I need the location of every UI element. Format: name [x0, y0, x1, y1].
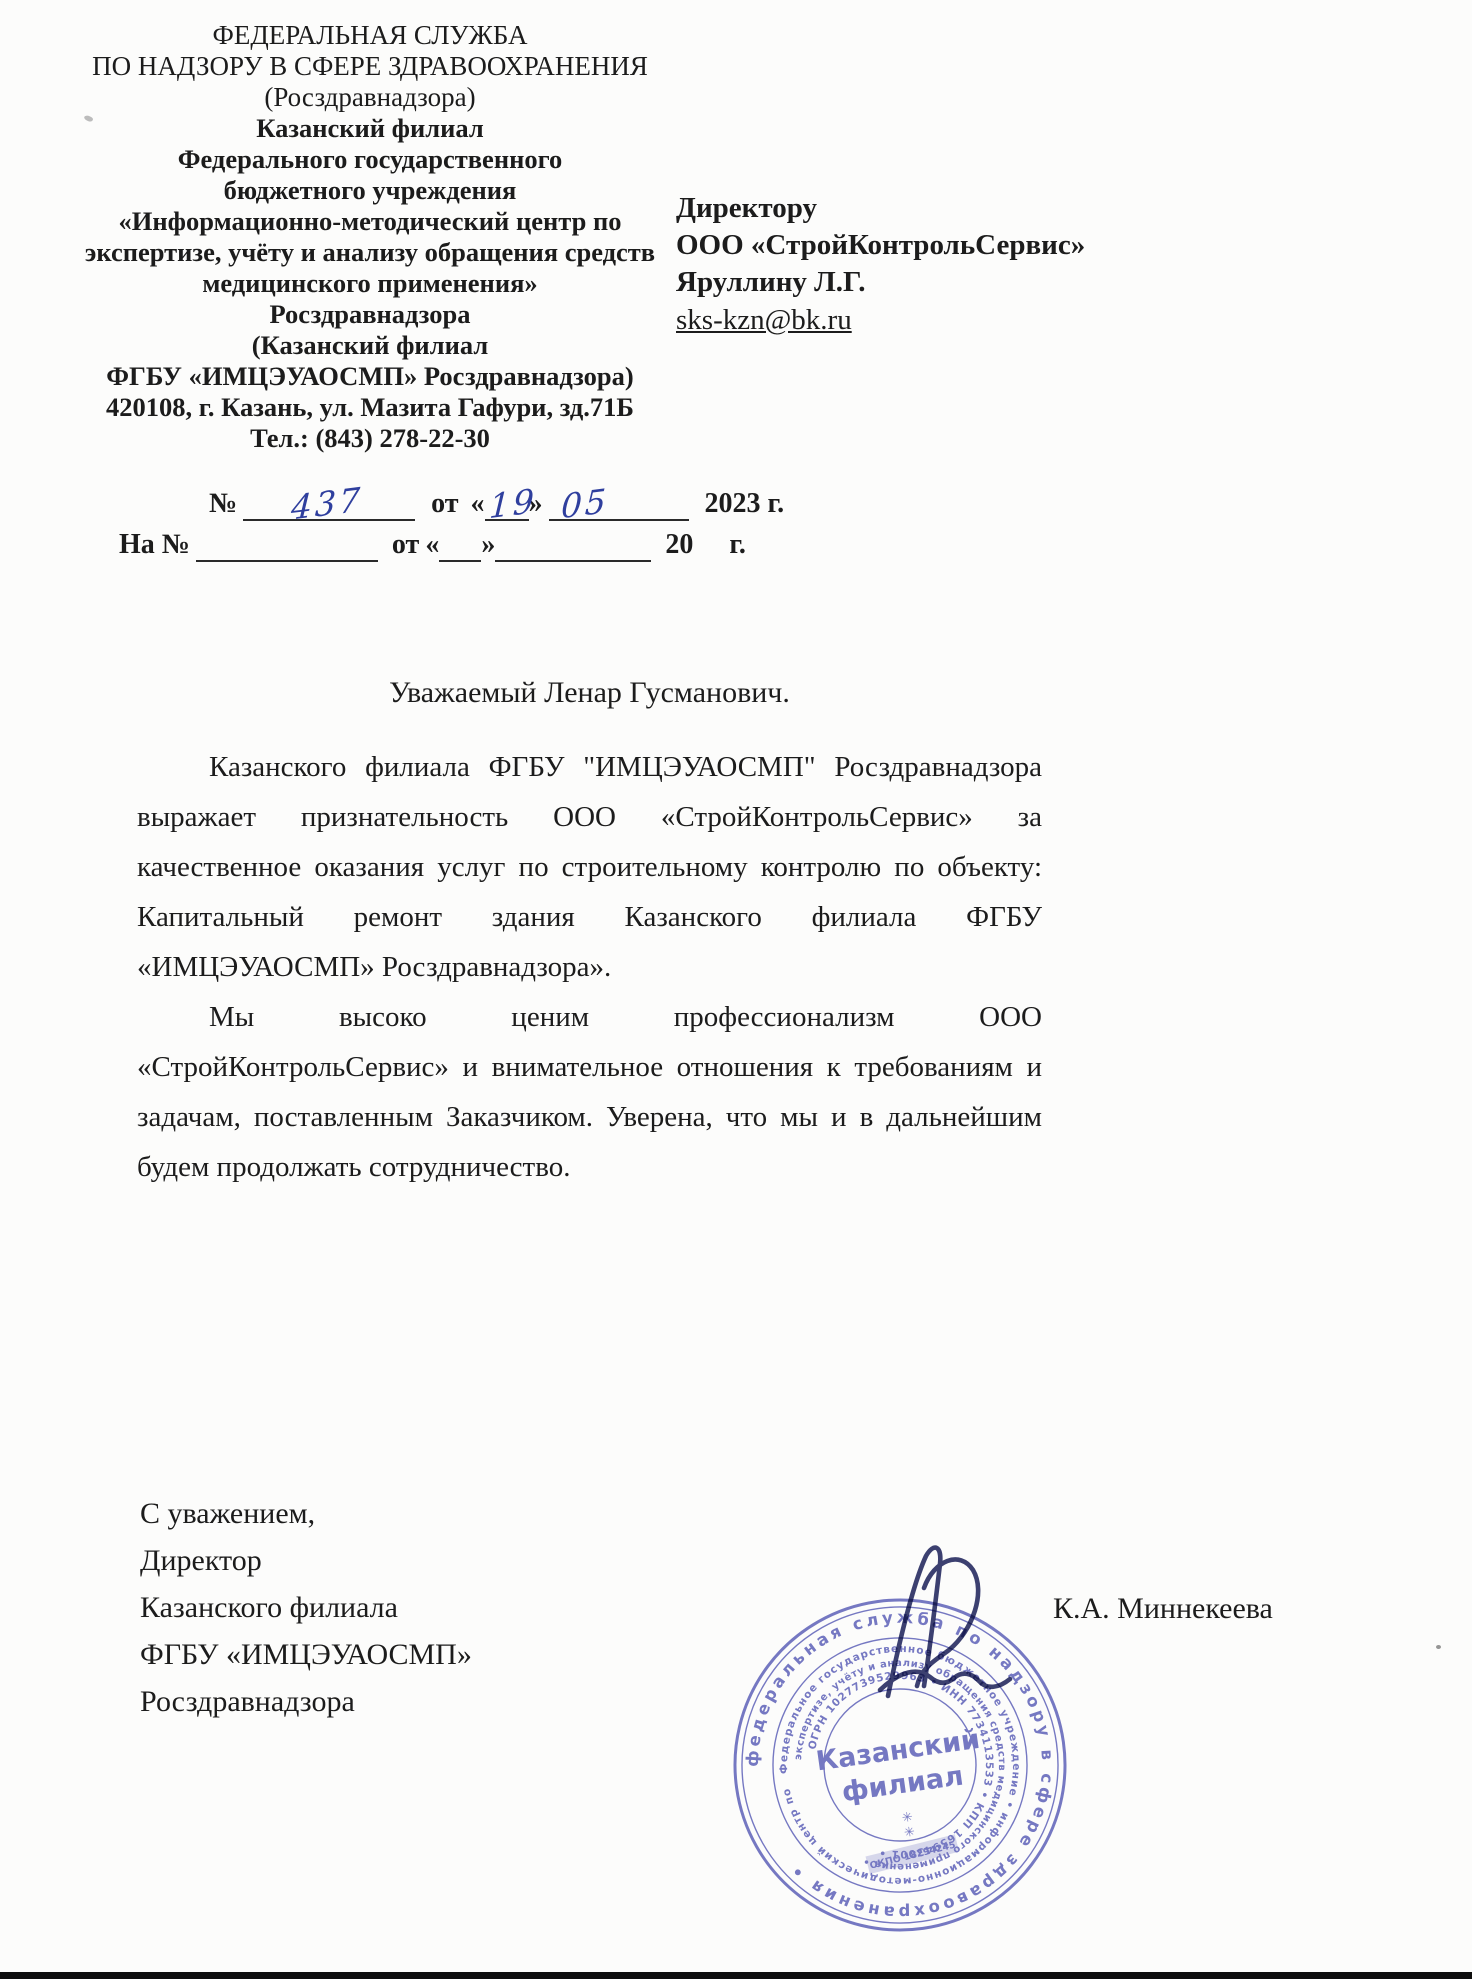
handwritten-month: 05 [560, 484, 609, 524]
closing-salutation: С уважением, [140, 1490, 472, 1537]
month-line: 05 [549, 489, 689, 521]
org-line: ПО НАДЗОРУ В СФЕРЕ ЗДРАВООХРАНЕНИЯ [55, 51, 685, 82]
org-line: Тел.: (843) 278-22-30 [55, 423, 685, 454]
reply-month-line [495, 530, 651, 562]
stamp-asterisk: ✳ [903, 1825, 916, 1841]
body-paragraph-2: Мы высоко ценим профессионализм ООО «Стр… [137, 992, 1042, 1192]
open-quote: « [471, 487, 485, 521]
org-line: (Росздравнадзора) [55, 82, 685, 113]
org-line: Федерального государственного [55, 144, 685, 175]
body-paragraph-1: Казанского филиала ФГБУ "ИМЦЭУАОСМП" Рос… [137, 742, 1042, 992]
scan-edge [0, 1972, 1472, 1979]
recipient-block: Директору ООО «СтройКонтрольСервис» Ярул… [676, 190, 1085, 339]
recipient-company: ООО «СтройКонтрольСервис» [676, 227, 1085, 264]
recipient-email: sks-kzn@bk.ru [676, 301, 1085, 339]
reply-number-line [196, 530, 378, 562]
org-line: ФЕДЕРАЛЬНАЯ СЛУЖБА [55, 20, 685, 51]
scanned-letter-page: ФЕДЕРАЛЬНАЯ СЛУЖБА ПО НАДЗОРУ В СФЕРЕ ЗД… [0, 0, 1472, 1979]
signature-block: С уважением, Директор Казанского филиала… [140, 1490, 472, 1725]
signer-position: Директор [140, 1537, 472, 1584]
reply-number-row: На № от « » 20 г. [113, 528, 752, 562]
reply-year-prefix: 20 [665, 528, 693, 562]
org-line: медицинского применения» [55, 268, 685, 299]
handwritten-signature [860, 1538, 1070, 1728]
from-label: от [431, 487, 458, 521]
recipient-person: Яруллину Л.Г. [676, 264, 1085, 301]
reply-year-suffix: г. [729, 528, 746, 562]
year-label: 2023 г. [705, 487, 785, 521]
reply-day-line [439, 530, 481, 562]
signer-org-line: Казанского филиала [140, 1584, 472, 1631]
handwritten-day: 19 [488, 484, 537, 524]
org-line: бюджетного учреждения [55, 175, 685, 206]
recipient-title: Директору [676, 190, 1085, 227]
reply-close-quote: » [481, 528, 495, 562]
number-sign-label: № [209, 487, 237, 521]
scan-speck [1436, 1645, 1441, 1649]
day-line: 19 [485, 489, 529, 521]
signer-org-line: ФГБУ «ИМЦЭУАОСМП» [140, 1631, 472, 1678]
org-line: ФГБУ «ИМЦЭУАОСМП» Росздравнадзора) [55, 361, 685, 392]
salutation: Уважаемый Ленар Гусманович. [137, 676, 1042, 710]
reply-open-quote: « [425, 528, 439, 562]
stamp-asterisk: ✳ [901, 1810, 914, 1826]
outgoing-number-line: 437 [243, 489, 415, 521]
reply-label: На № [119, 528, 190, 562]
signer-name: К.А. Миннекеева [1053, 1592, 1273, 1626]
letterhead-org-block: ФЕДЕРАЛЬНАЯ СЛУЖБА ПО НАДЗОРУ В СФЕРЕ ЗД… [55, 20, 685, 454]
org-line: «Информационно-методический центр по [55, 206, 685, 237]
handwritten-outgoing-number: 437 [291, 482, 364, 525]
org-line: Казанский филиал [55, 113, 685, 144]
org-line: (Казанский филиал [55, 330, 685, 361]
org-line: Росздравнадзора [55, 299, 685, 330]
signer-org-line: Росздравнадзора [140, 1678, 472, 1725]
reply-from-label: от [392, 528, 419, 562]
org-line: экспертизе, учёту и анализу обращения ср… [55, 237, 685, 268]
outgoing-number-row: № 437 от « 19 » 05 2023 г. [203, 487, 790, 521]
org-line: 420108, г. Казань, ул. Мазита Гафури, зд… [55, 392, 685, 423]
letter-body: Казанского филиала ФГБУ "ИМЦЭУАОСМП" Рос… [137, 742, 1042, 1192]
